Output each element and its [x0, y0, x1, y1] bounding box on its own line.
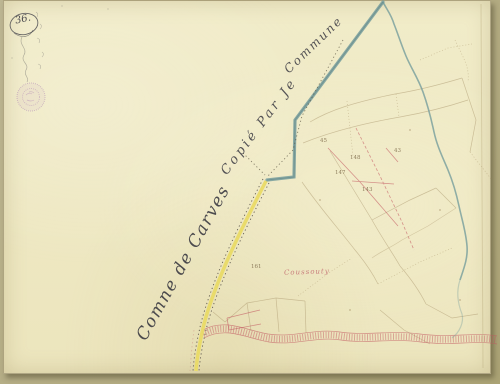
ink-flourish [8, 5, 108, 82]
road-yellow [193, 179, 269, 371]
parcel-boundaries [213, 40, 492, 344]
paper-crease [481, 4, 483, 368]
stream-line [383, 2, 467, 338]
map-linework [0, 0, 500, 384]
ink-stamp [17, 83, 45, 111]
hatched-road [203, 325, 497, 344]
scan-background: 36. Comne de Carves Copié Par Je Commune… [0, 0, 500, 384]
river-line [267, 2, 383, 180]
